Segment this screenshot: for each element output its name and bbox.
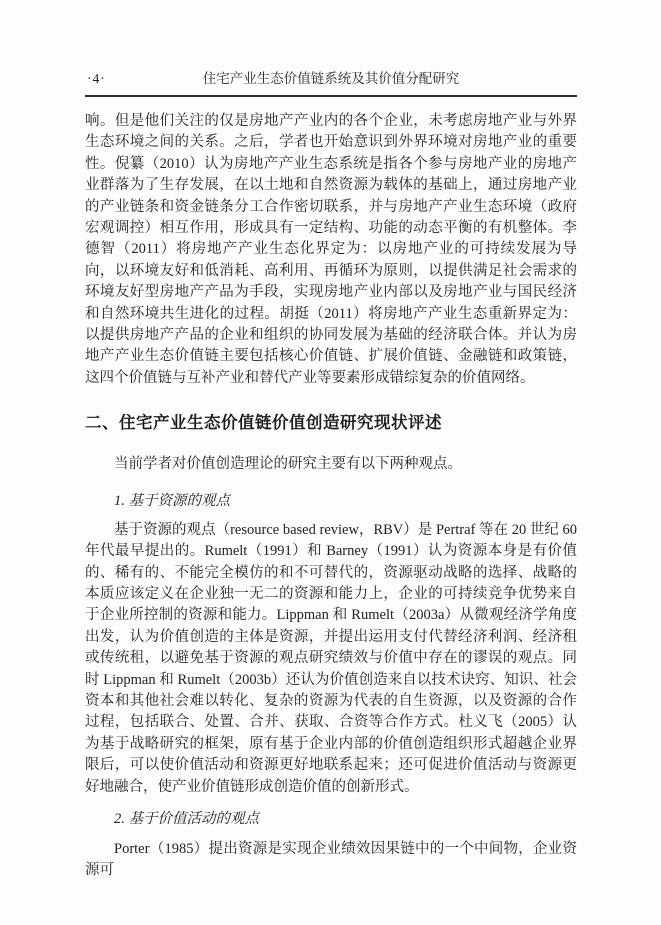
page-number: ·4· xyxy=(87,70,106,88)
page-body: 响。但是他们关注的仅是房地产产业内的各个企业，未考虑房地产业与外界生态环境之间的… xyxy=(85,111,577,882)
section-heading-value-creation-review: 二、住宅产业生态价值链价值创造研究现状评述 xyxy=(85,412,577,434)
paragraph-value-activity-view: Porter（1985）提出资源是实现企业绩效因果链中的一个中间物，企业资源可 xyxy=(85,839,577,882)
book-page: ·4· 住宅产业生态价值链系统及其价值分配研究 响。但是他们关注的仅是房地产产业… xyxy=(0,0,661,925)
paragraph-industry-ecosystem: 响。但是他们关注的仅是房地产产业内的各个企业，未考虑房地产业与外界生态环境之间的… xyxy=(85,111,577,389)
running-header-title: 住宅产业生态价值链系统及其价值分配研究 xyxy=(85,70,577,88)
subsection-heading-resource-based-view: 1. 基于资源的观点 xyxy=(85,491,577,511)
running-header: ·4· 住宅产业生态价值链系统及其价值分配研究 xyxy=(85,70,577,97)
subsection-heading-value-activity-view: 2. 基于价值活动的观点 xyxy=(85,809,577,829)
paragraph-resource-based-view: 基于资源的观点（resource based review，RBV）是 Pert… xyxy=(85,520,577,798)
paragraph-two-viewpoints: 当前学者对价值创造理论的研究主要有以下两种观点。 xyxy=(85,454,577,475)
